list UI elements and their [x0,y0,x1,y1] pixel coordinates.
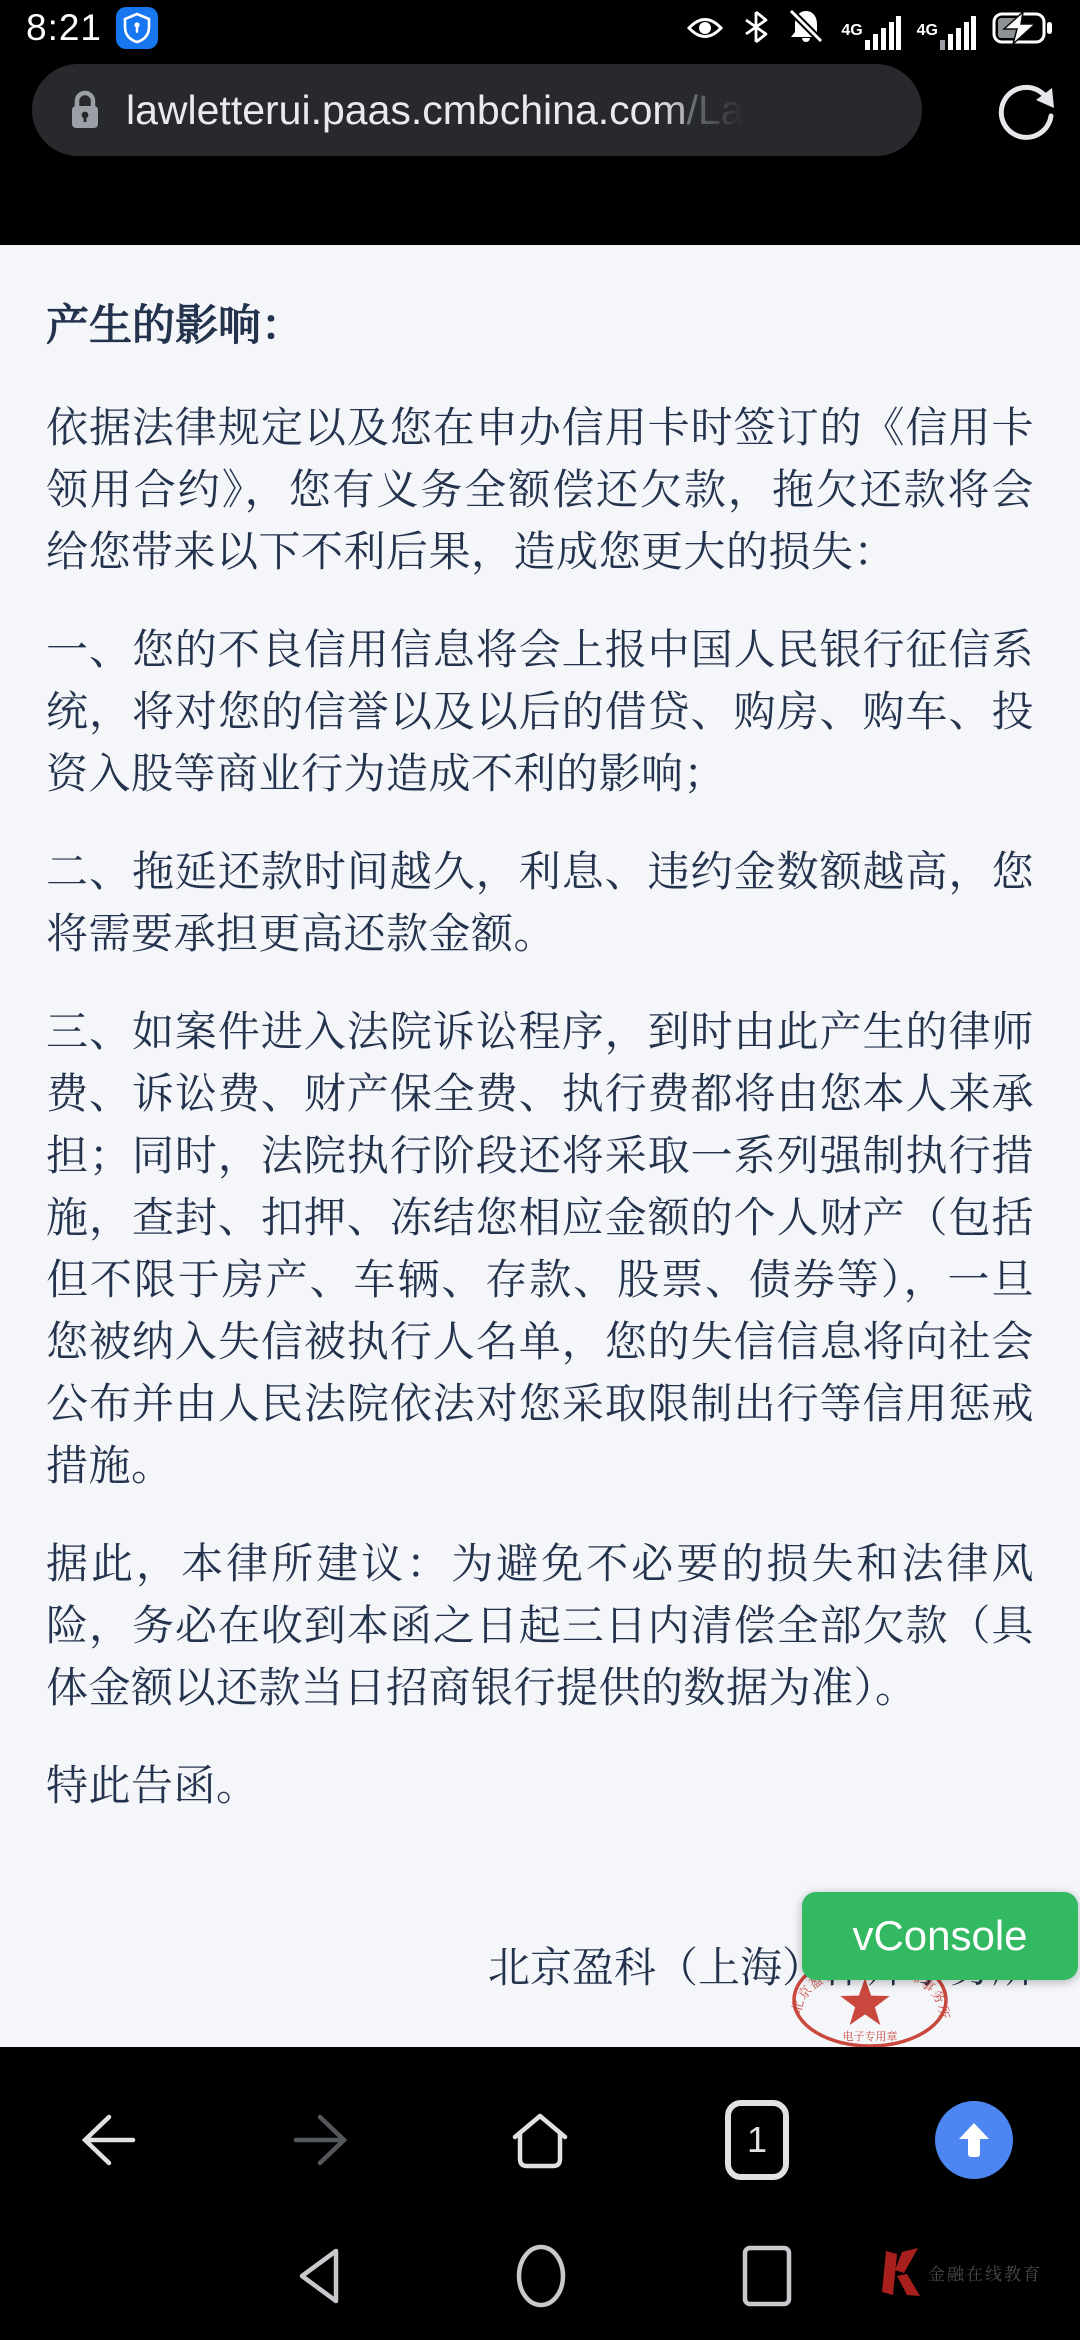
forward-button[interactable] [283,2100,363,2180]
watermark-logo: 金融在线教育 [878,2245,1042,2299]
status-bar: 8:21 4G 4G [0,0,1080,56]
scroll-top-button[interactable] [934,2100,1014,2180]
bluetooth-icon [741,9,771,50]
browser-address-row: lawletterui.paas.cmbchina.com/La [0,58,1080,188]
home-button[interactable] [500,2100,580,2180]
refresh-button[interactable] [994,78,1058,142]
url-domain: lawletterui.paas.cmbchina.com [126,87,687,133]
letter-paragraph: 三、如案件进入法院诉讼程序，到时由此产生的律师费、诉讼费、财产保全费、执行费都将… [46,1001,1034,1497]
letter-closing: 特此告函。 [46,1755,1034,1817]
seal-star-icon [840,1978,889,2025]
back-button[interactable] [66,2100,146,2180]
watermark-icon [878,2245,920,2299]
signal-4g-icon: 4G [841,16,900,50]
seal-label: 电子专用章 [843,2029,898,2043]
letter-document: 产生的影响： 依据法律规定以及您在申办信用卡时签订的《信用卡领用合约》，您有义务… [0,245,1080,2047]
security-shield-icon [116,7,158,49]
address-bar[interactable]: lawletterui.paas.cmbchina.com/La [32,64,922,156]
bell-muted-icon [787,7,825,50]
letter-paragraph: 二、拖延还款时间越久，利息、违约金数额越高，您将需要承担更高还款金额。 [46,841,1034,965]
signal-4g-icon: 4G [917,16,976,50]
network-type-label: 4G [917,24,938,38]
clock: 8:21 [26,7,102,49]
status-bar-left: 8:21 [26,7,158,49]
phone-screen: 8:21 4G 4G [0,0,1080,2340]
letter-paragraph: 一、您的不良信用信息将会上报中国人民银行征信系统，将对您的信誉以及以后的借贷、购… [46,619,1034,805]
battery-charging-icon [992,11,1054,50]
nav-home-button[interactable] [512,2243,570,2312]
letter-paragraph: 依据法律规定以及您在申办信用卡时签订的《信用卡领用合约》，您有义务全额偿还欠款，… [46,397,1034,583]
url-text: lawletterui.paas.cmbchina.com/La [126,87,744,134]
up-arrow-icon [935,2101,1013,2179]
nav-back-button[interactable] [292,2243,350,2312]
eye-icon [685,11,725,50]
browser-toolbar: 1 [0,2090,1080,2190]
nav-recents-button[interactable] [738,2243,796,2312]
system-nav-bar: 金融在线教育 [0,2235,1080,2325]
watermark-text: 金融在线教育 [928,2260,1042,2285]
url-path: /La [687,87,744,133]
page-title: 产生的影响： [46,295,1034,357]
network-type-label: 4G [841,24,862,38]
lock-icon [68,89,102,131]
status-bar-right: 4G 4G [685,7,1054,50]
letter-paragraph: 据此，本律所建议：为避免不必要的损失和法律风险，务必在收到本函之日起三日内清偿全… [46,1533,1034,1719]
tab-counter: 1 [725,2100,789,2180]
vconsole-button[interactable]: vConsole [802,1892,1078,1980]
tabs-button[interactable]: 1 [717,2100,797,2180]
